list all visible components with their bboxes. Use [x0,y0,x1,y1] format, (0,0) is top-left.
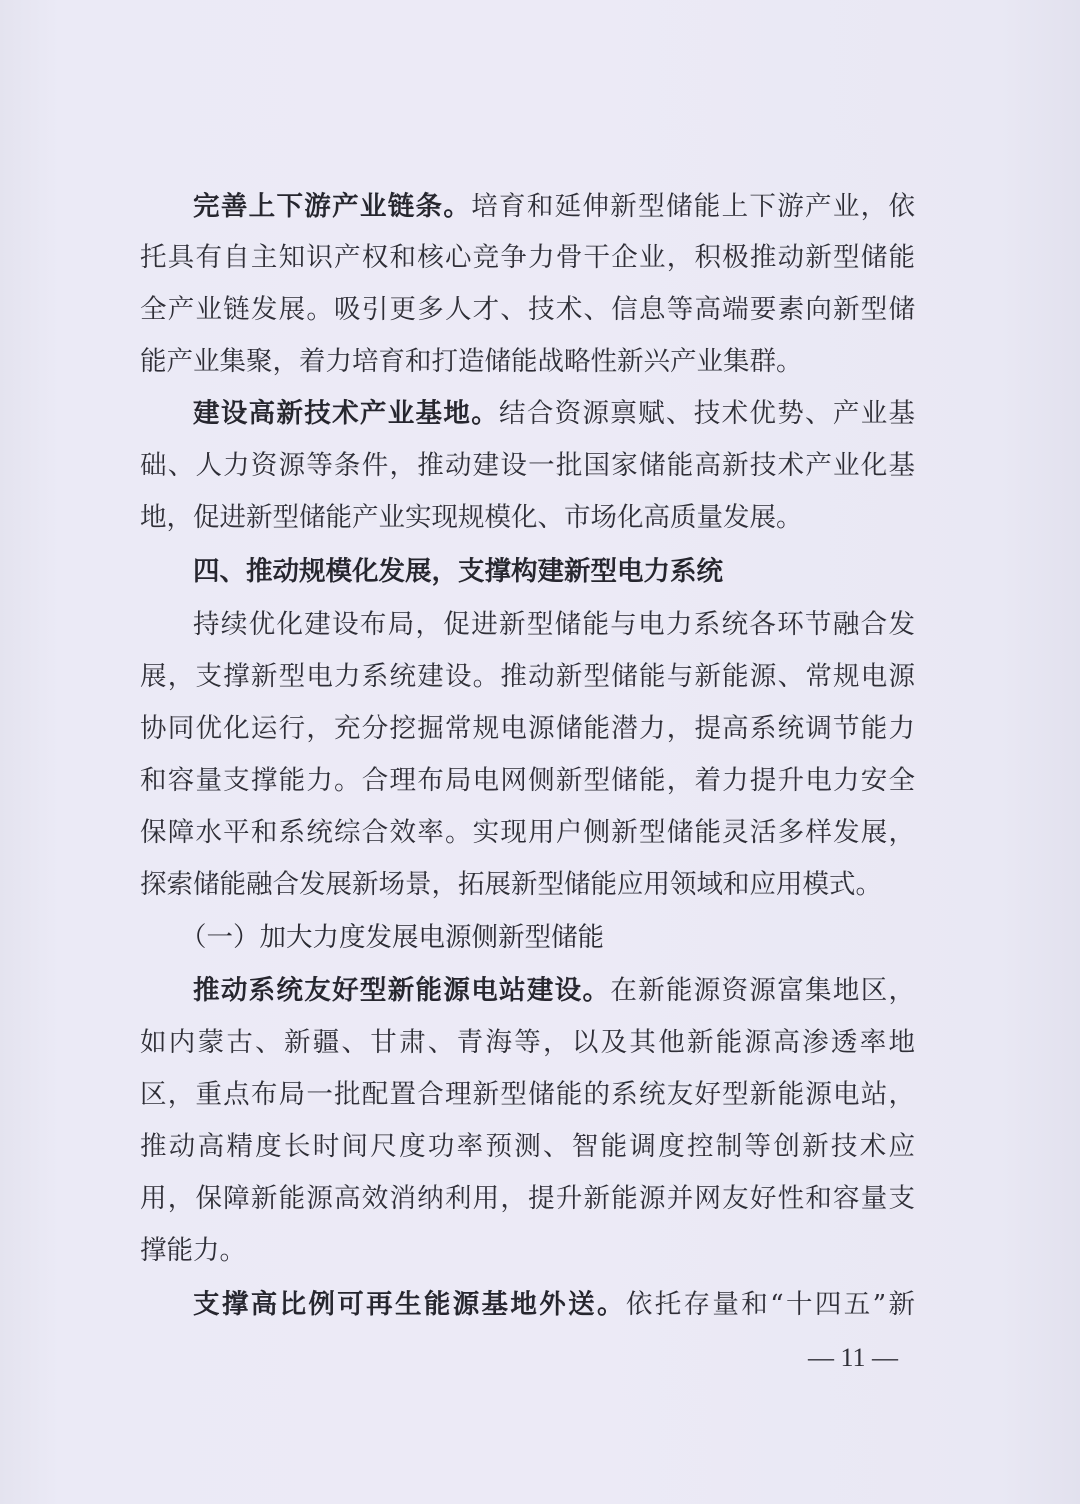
paragraph-text: 依托存量和“十四五”新 [626,1289,915,1320]
paragraph-lead: 推动系统友好型新能源电站建设。 [193,975,610,1006]
paragraph-line: 完善上下游产业链条。培育和延伸新型储能上下游产业，依 [193,187,915,227]
subsection-heading: （一）加大力度发展电源侧新型储能 [180,918,604,958]
paragraph-line: 展，支撑新型电力系统建设。推动新型储能与新能源、常规电源 [140,657,915,697]
paragraph-lead: 完善上下游产业链条。 [193,191,471,222]
paragraph-line: 础、人力资源等条件，推动建设一批国家储能高新技术产业化基 [140,446,915,486]
paragraph-line: 推动系统友好型新能源电站建设。在新能源资源富集地区， [193,971,915,1011]
paragraph-line: 支撑高比例可再生能源基地外送。依托存量和“十四五”新 [193,1285,915,1325]
paragraph-line: 撑能力。 [140,1231,915,1271]
paragraph-text: 在新能源资源富集地区， [610,975,915,1006]
paragraph-lead: 支撑高比例可再生能源基地外送。 [193,1289,626,1320]
paragraph-line: 能产业集聚，着力培育和打造储能战略性新兴产业集群。 [140,342,915,382]
section-heading: 四、推动规模化发展，支撑构建新型电力系统 [193,552,723,592]
document-page: 完善上下游产业链条。培育和延伸新型储能上下游产业，依 托具有自主知识产权和核心竞… [0,0,1080,1504]
paragraph-lead: 建设高新技术产业基地。 [193,398,499,429]
paragraph-line: 托具有自主知识产权和核心竞争力骨干企业，积极推动新型储能 [140,238,915,278]
paragraph-line: 建设高新技术产业基地。结合资源禀赋、技术优势、产业基 [193,394,915,434]
paragraph-text: 结合资源禀赋、技术优势、产业基 [499,398,915,429]
page-number: — 11 — [808,1338,898,1378]
paragraph-line: 持续优化建设布局，促进新型储能与电力系统各环节融合发 [193,605,915,645]
paragraph-line: 如内蒙古、新疆、甘肃、青海等，以及其他新能源高渗透率地 [140,1023,915,1063]
paragraph-text: 培育和延伸新型储能上下游产业，依 [471,191,915,222]
paragraph-line: 地，促进新型储能产业实现规模化、市场化高质量发展。 [140,498,915,538]
paragraph-line: 区，重点布局一批配置合理新型储能的系统友好型新能源电站， [140,1075,915,1115]
paragraph-line: 全产业链发展。吸引更多人才、技术、信息等高端要素向新型储 [140,290,915,330]
paragraph-line: 保障水平和系统综合效率。实现用户侧新型储能灵活多样发展， [140,813,915,853]
paragraph-line: 探索储能融合发展新场景，拓展新型储能应用领域和应用模式。 [140,865,915,905]
paragraph-line: 推动高精度长时间尺度功率预测、智能调度控制等创新技术应 [140,1127,915,1167]
paragraph-line: 协同优化运行，充分挖掘常规电源储能潜力，提高系统调节能力 [140,709,915,749]
paragraph-line: 用，保障新能源高效消纳利用，提升新能源并网友好性和容量支 [140,1179,915,1219]
paragraph-line: 和容量支撑能力。合理布局电网侧新型储能，着力提升电力安全 [140,761,915,801]
